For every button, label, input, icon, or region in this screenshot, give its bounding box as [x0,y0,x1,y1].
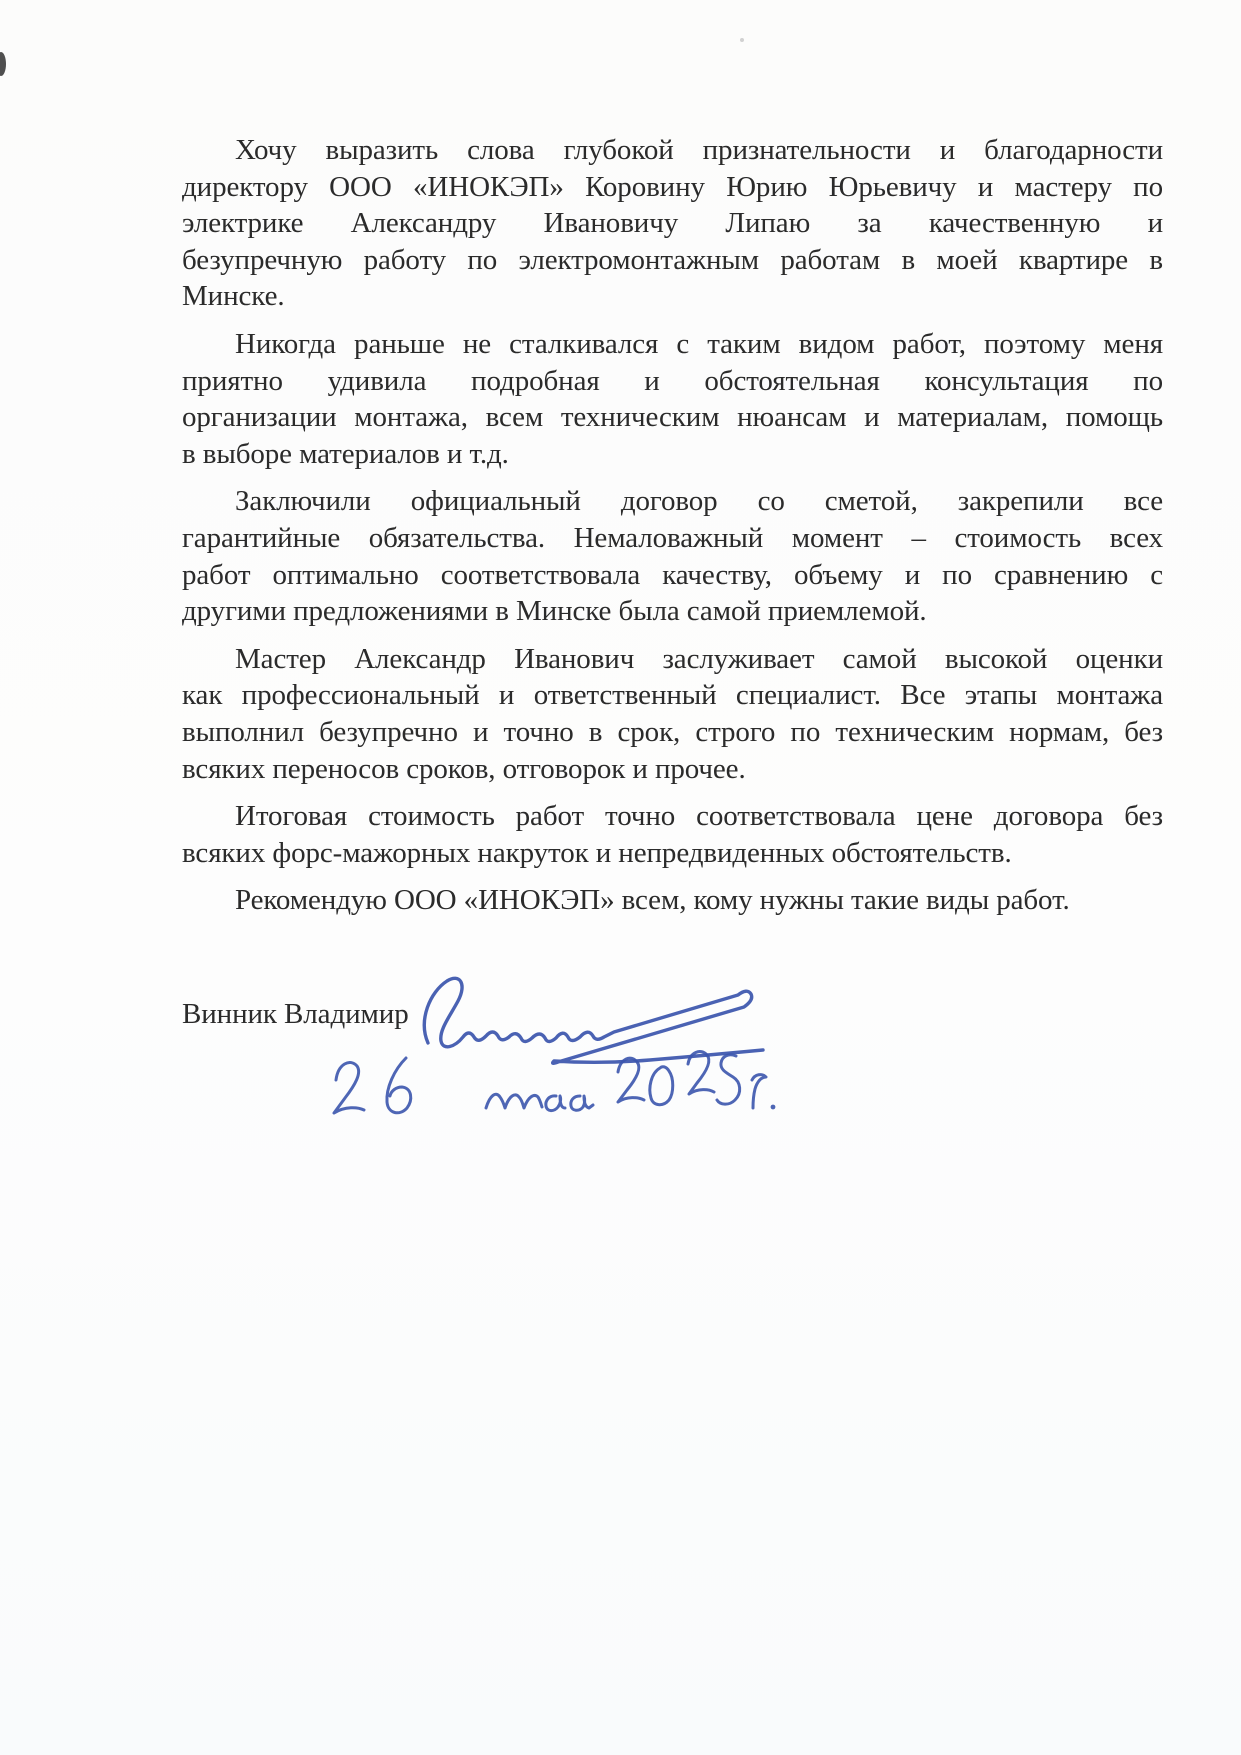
text-line: всяких переносов сроков, отговорок и про… [182,751,1163,788]
text-line: Заключили официальный договор со сметой,… [182,483,1163,520]
paragraph-gratitude: Хочу выразить слова глубокой признательн… [182,132,1163,315]
paragraph-final-cost: Итоговая стоимость работ точно соответст… [182,798,1163,871]
scan-artifact-left-edge [0,52,6,76]
text-line: организации монтажа, всем техническим ню… [182,399,1163,436]
letter-body: Хочу выразить слова глубокой признательн… [182,132,1163,930]
text-line: приятно удивила подробная и обстоятельна… [182,363,1163,400]
text-line: электрике Александру Ивановичу Липаю за … [182,205,1163,242]
text-line: всяких форс-мажорных накруток и непредви… [182,835,1163,872]
paragraph-consultation: Никогда раньше не сталкивался с таким ви… [182,326,1163,472]
text-line: гарантийные обязательства. Немаловажный … [182,520,1163,557]
text-line: работ оптимально соответствовала качеств… [182,557,1163,594]
text-line: другими предложениями в Минске была само… [182,593,1163,630]
text-line: Никогда раньше не сталкивался с таким ви… [182,326,1163,363]
paragraph-contract: Заключили официальный договор со сметой,… [182,483,1163,629]
text-line: директору ООО «ИНОКЭП» Коровину Юрию Юрь… [182,169,1163,206]
text-line: как профессиональный и ответственный спе… [182,677,1163,714]
text-line: Минске. [182,278,1163,315]
text-line: безупречную работу по электромонтажным р… [182,242,1163,279]
text-line: Мастер Александр Иванович заслуживает са… [182,641,1163,678]
paragraph-master-praise: Мастер Александр Иванович заслуживает са… [182,641,1163,787]
text-line: Рекомендую ООО «ИНОКЭП» всем, кому нужны… [182,882,1163,919]
text-line: выполнил безупречно и точно в срок, стро… [182,714,1163,751]
signature-scribble [424,978,763,1063]
paragraph-recommendation: Рекомендую ООО «ИНОКЭП» всем, кому нужны… [182,882,1163,919]
scanned-letter-page: Хочу выразить слова глубокой признательн… [0,0,1241,1755]
text-line: Итоговая стоимость работ точно соответст… [182,798,1163,835]
scan-artifact-speck [740,38,744,42]
text-line: Хочу выразить слова глубокой признательн… [182,132,1163,169]
handwritten-signature-block [300,950,820,1150]
text-line: в выборе материалов и т.д. [182,436,1163,473]
